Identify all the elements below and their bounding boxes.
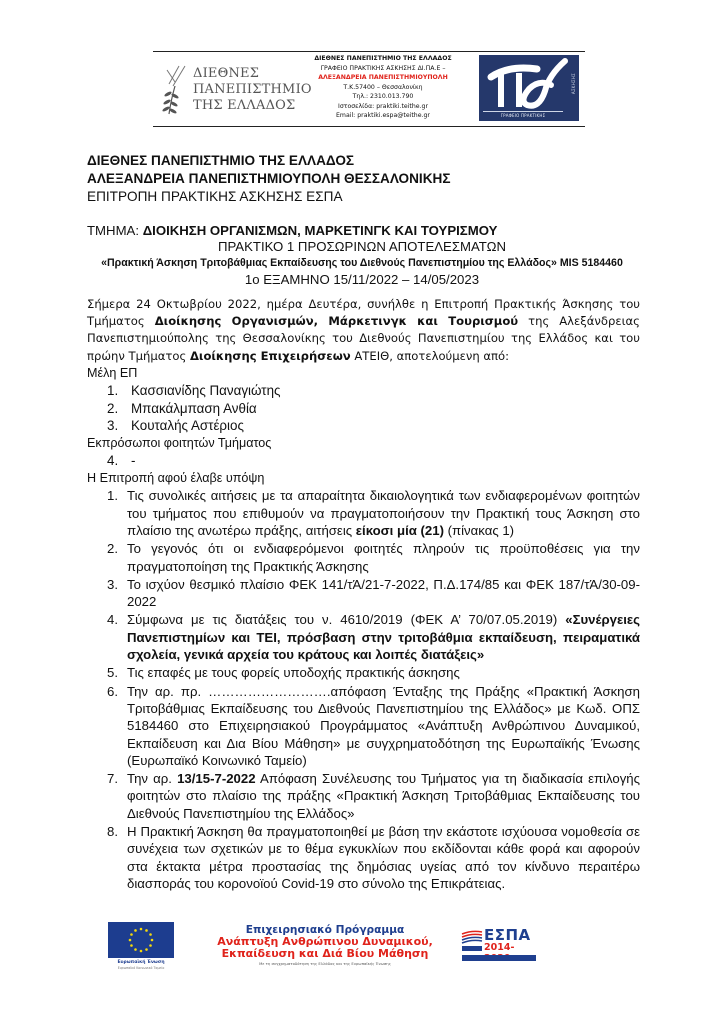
espa-swoosh-icon — [460, 928, 484, 948]
list-item: 8.Η Πρακτική Άσκηση θα πραγματοποιηθεί μ… — [87, 823, 640, 892]
institution-university: ΔΙΕΘΝΕΣ ΠΑΝΕΠΙΣΤΗΜΙΟ ΤΗΣ ΕΛΛΑΔΟΣ — [87, 152, 450, 170]
list-item: 5.Τις επαφές με τους φορείς υποδοχής πρα… — [87, 664, 640, 681]
contact-postal: Τ.Κ.57400 – Θεσσαλονίκη — [293, 83, 473, 93]
list-item: 4.Σύμφωνα με τις διατάξεις του ν. 4610/2… — [87, 611, 640, 663]
list-item: 1.Κασσιανίδης Παναγιώτης — [87, 382, 640, 400]
contact-website: Ιστοσελίδα: praktiki.teithe.gr — [293, 102, 473, 112]
logo-vertical-caption: ΑΣΚΗΣΗΣ — [571, 73, 576, 94]
student-reps-label: Εκπρόσωποι φοιτητών Τμήματος — [87, 435, 640, 452]
olive-branch-icon — [161, 62, 189, 116]
list-item: 4.- — [87, 452, 640, 470]
contact-email: Email: praktiki.espa@teithe.gr — [293, 111, 473, 121]
department-value: ΔΙΟΙΚΗΣΗ ΟΡΓΑΝΙΣΜΩΝ, ΜΑΡΚΕΤΙΝΓΚ ΚΑΙ ΤΟΥΡ… — [143, 223, 498, 238]
semester-period: 1ο ΕΞΑΜΗΝΟ 15/11/2022 – 14/05/2023 — [0, 272, 724, 287]
department-label: ΤΜΗΜΑ: — [87, 223, 143, 238]
contact-campus: ΑΛΕΞΑΝΔΡΕΙΑ ΠΑΝΕΠΙΣΤΗΜΙΟΥΠΟΛΗ — [293, 73, 473, 83]
members-list: 1.Κασσιανίδης Παναγιώτης 2.Μπακάλμπαση Α… — [87, 382, 640, 435]
considerations-list: 1.Τις συνολικές αιτήσεις με τα απαραίτητ… — [87, 487, 640, 892]
list-item: 6.Την αρ. πρ. ……………………….απόφαση Ένταξης … — [87, 683, 640, 769]
espa-flag-strip — [462, 946, 482, 951]
op-cofunding: Με τη συγχρηματοδότηση της Ελλάδας και τ… — [200, 960, 450, 968]
eu-flag-icon — [108, 922, 174, 958]
logo-caption: ΓΡΑΦΕΙΟ ΠΡΑΚΤΙΚΗΣ — [483, 111, 563, 118]
contact-phone: Τηλ.: 2310.013.790 — [293, 92, 473, 102]
list-item: 3.Κουταλής Αστέριος — [87, 417, 640, 435]
espa-bar — [462, 955, 536, 961]
op-name-line2: Εκπαίδευση και Διά Βίου Μάθηση — [200, 948, 450, 960]
eu-caption: Ευρωπαϊκή Ένωση — [106, 960, 176, 965]
intro-paragraph: Σήμερα 24 Οκτωβρίου 2022, ημέρα Δευτέρα,… — [87, 296, 640, 365]
institution-campus: ΑΛΕΞΑΝΔΡΕΙΑ ΠΑΝΕΠΙΣΤΗΜΙΟΥΠΟΛΗ ΘΕΣΣΑΛΟΝΙΚ… — [87, 170, 450, 188]
list-item: 3.Το ισχύον θεσμικό πλαίσιο ΦΕΚ 141/τΆ/2… — [87, 576, 640, 611]
department-line: ΤΜΗΜΑ: ΔΙΟΙΚΗΣΗ ΟΡΓΑΝΙΣΜΩΝ, ΜΑΡΚΕΤΙΝΓΚ Κ… — [87, 223, 497, 238]
operational-programme: Επιχειρησιακό Πρόγραμμα Ανάπτυξη Ανθρώπι… — [200, 924, 450, 968]
espa-logo: ΕΣΠΑ 2014-2020 — [460, 926, 540, 966]
institution-committee: ΕΠΙΤΡΟΠΗ ΠΡΑΚΤΙΚΗΣ ΑΣΚΗΣΗΣ ΕΣΠΑ — [87, 188, 450, 206]
internship-office-logo: ΑΣΚΗΣΗΣ ΓΡΑΦΕΙΟ ΠΡΑΚΤΙΚΗΣ — [479, 55, 579, 121]
members-label: Μέλη ΕΠ — [87, 365, 640, 382]
university-logo: ΔΙΕΘΝΕΣ ΠΑΝΕΠΙΣΤΗΜΙΟ ΤΗΣ ΕΛΛΑΔΟΣ — [159, 58, 279, 120]
document-body: Σήμερα 24 Οκτωβρίου 2022, ημέρα Δευτέρα,… — [87, 296, 640, 893]
project-title: «Πρακτική Άσκηση Τριτοβάθμιας Εκπαίδευση… — [0, 257, 724, 269]
list-item: 7.Την αρ. 13/15-7-2022 Απόφαση Συνέλευση… — [87, 770, 640, 822]
considerations-label: Η Επιτροπή αφού έλαβε υπόψη — [87, 470, 640, 487]
list-item: 2.Μπακάλμπαση Ανθία — [87, 400, 640, 418]
eu-logo: Ευρωπαϊκή Ένωση Ευρωπαϊκό Κοινωνικό Ταμε… — [106, 922, 176, 970]
student-reps-list: 4.- — [87, 452, 640, 470]
contact-office: ΓΡΑΦΕΙΟ ΠΡΑΚΤΙΚΗΣ ΑΣΚΗΣΗΣ ΔΙ.ΠΑ.Ε – — [293, 64, 473, 74]
contact-block: ΔΙΕΘΝΕΣ ΠΑΝΕΠΙΣΤΗΜΙΟ ΤΗΣ ΕΛΛΑΔΟΣ ΓΡΑΦΕΙΟ… — [293, 54, 473, 121]
list-item: 2.Το γεγονός ότι οι ενδιαφερόμενοι φοιτη… — [87, 540, 640, 575]
institution-block: ΔΙΕΘΝΕΣ ΠΑΝΕΠΙΣΤΗΜΙΟ ΤΗΣ ΕΛΛΑΔΟΣ ΑΛΕΞΑΝΔ… — [87, 152, 450, 206]
eu-subcaption: Ευρωπαϊκό Κοινωνικό Ταμείο — [106, 966, 176, 970]
list-item: 1.Τις συνολικές αιτήσεις με τα απαραίτητ… — [87, 487, 640, 539]
contact-university: ΔΙΕΘΝΕΣ ΠΑΝΕΠΙΣΤΗΜΙΟ ΤΗΣ ΕΛΛΑΔΟΣ — [293, 54, 473, 64]
report-title: ΠΡΑΚΤΙΚΟ 1 ΠΡΟΣΩΡΙΝΩΝ ΑΠΟΤΕΛΕΣΜΑΤΩΝ — [0, 239, 724, 254]
letterhead: ΔΙΕΘΝΕΣ ΠΑΝΕΠΙΣΤΗΜΙΟ ΤΗΣ ΕΛΛΑΔΟΣ ΔΙΕΘΝΕΣ… — [153, 51, 585, 127]
funding-footer: Ευρωπαϊκή Ένωση Ευρωπαϊκό Κοινωνικό Ταμε… — [106, 920, 566, 970]
